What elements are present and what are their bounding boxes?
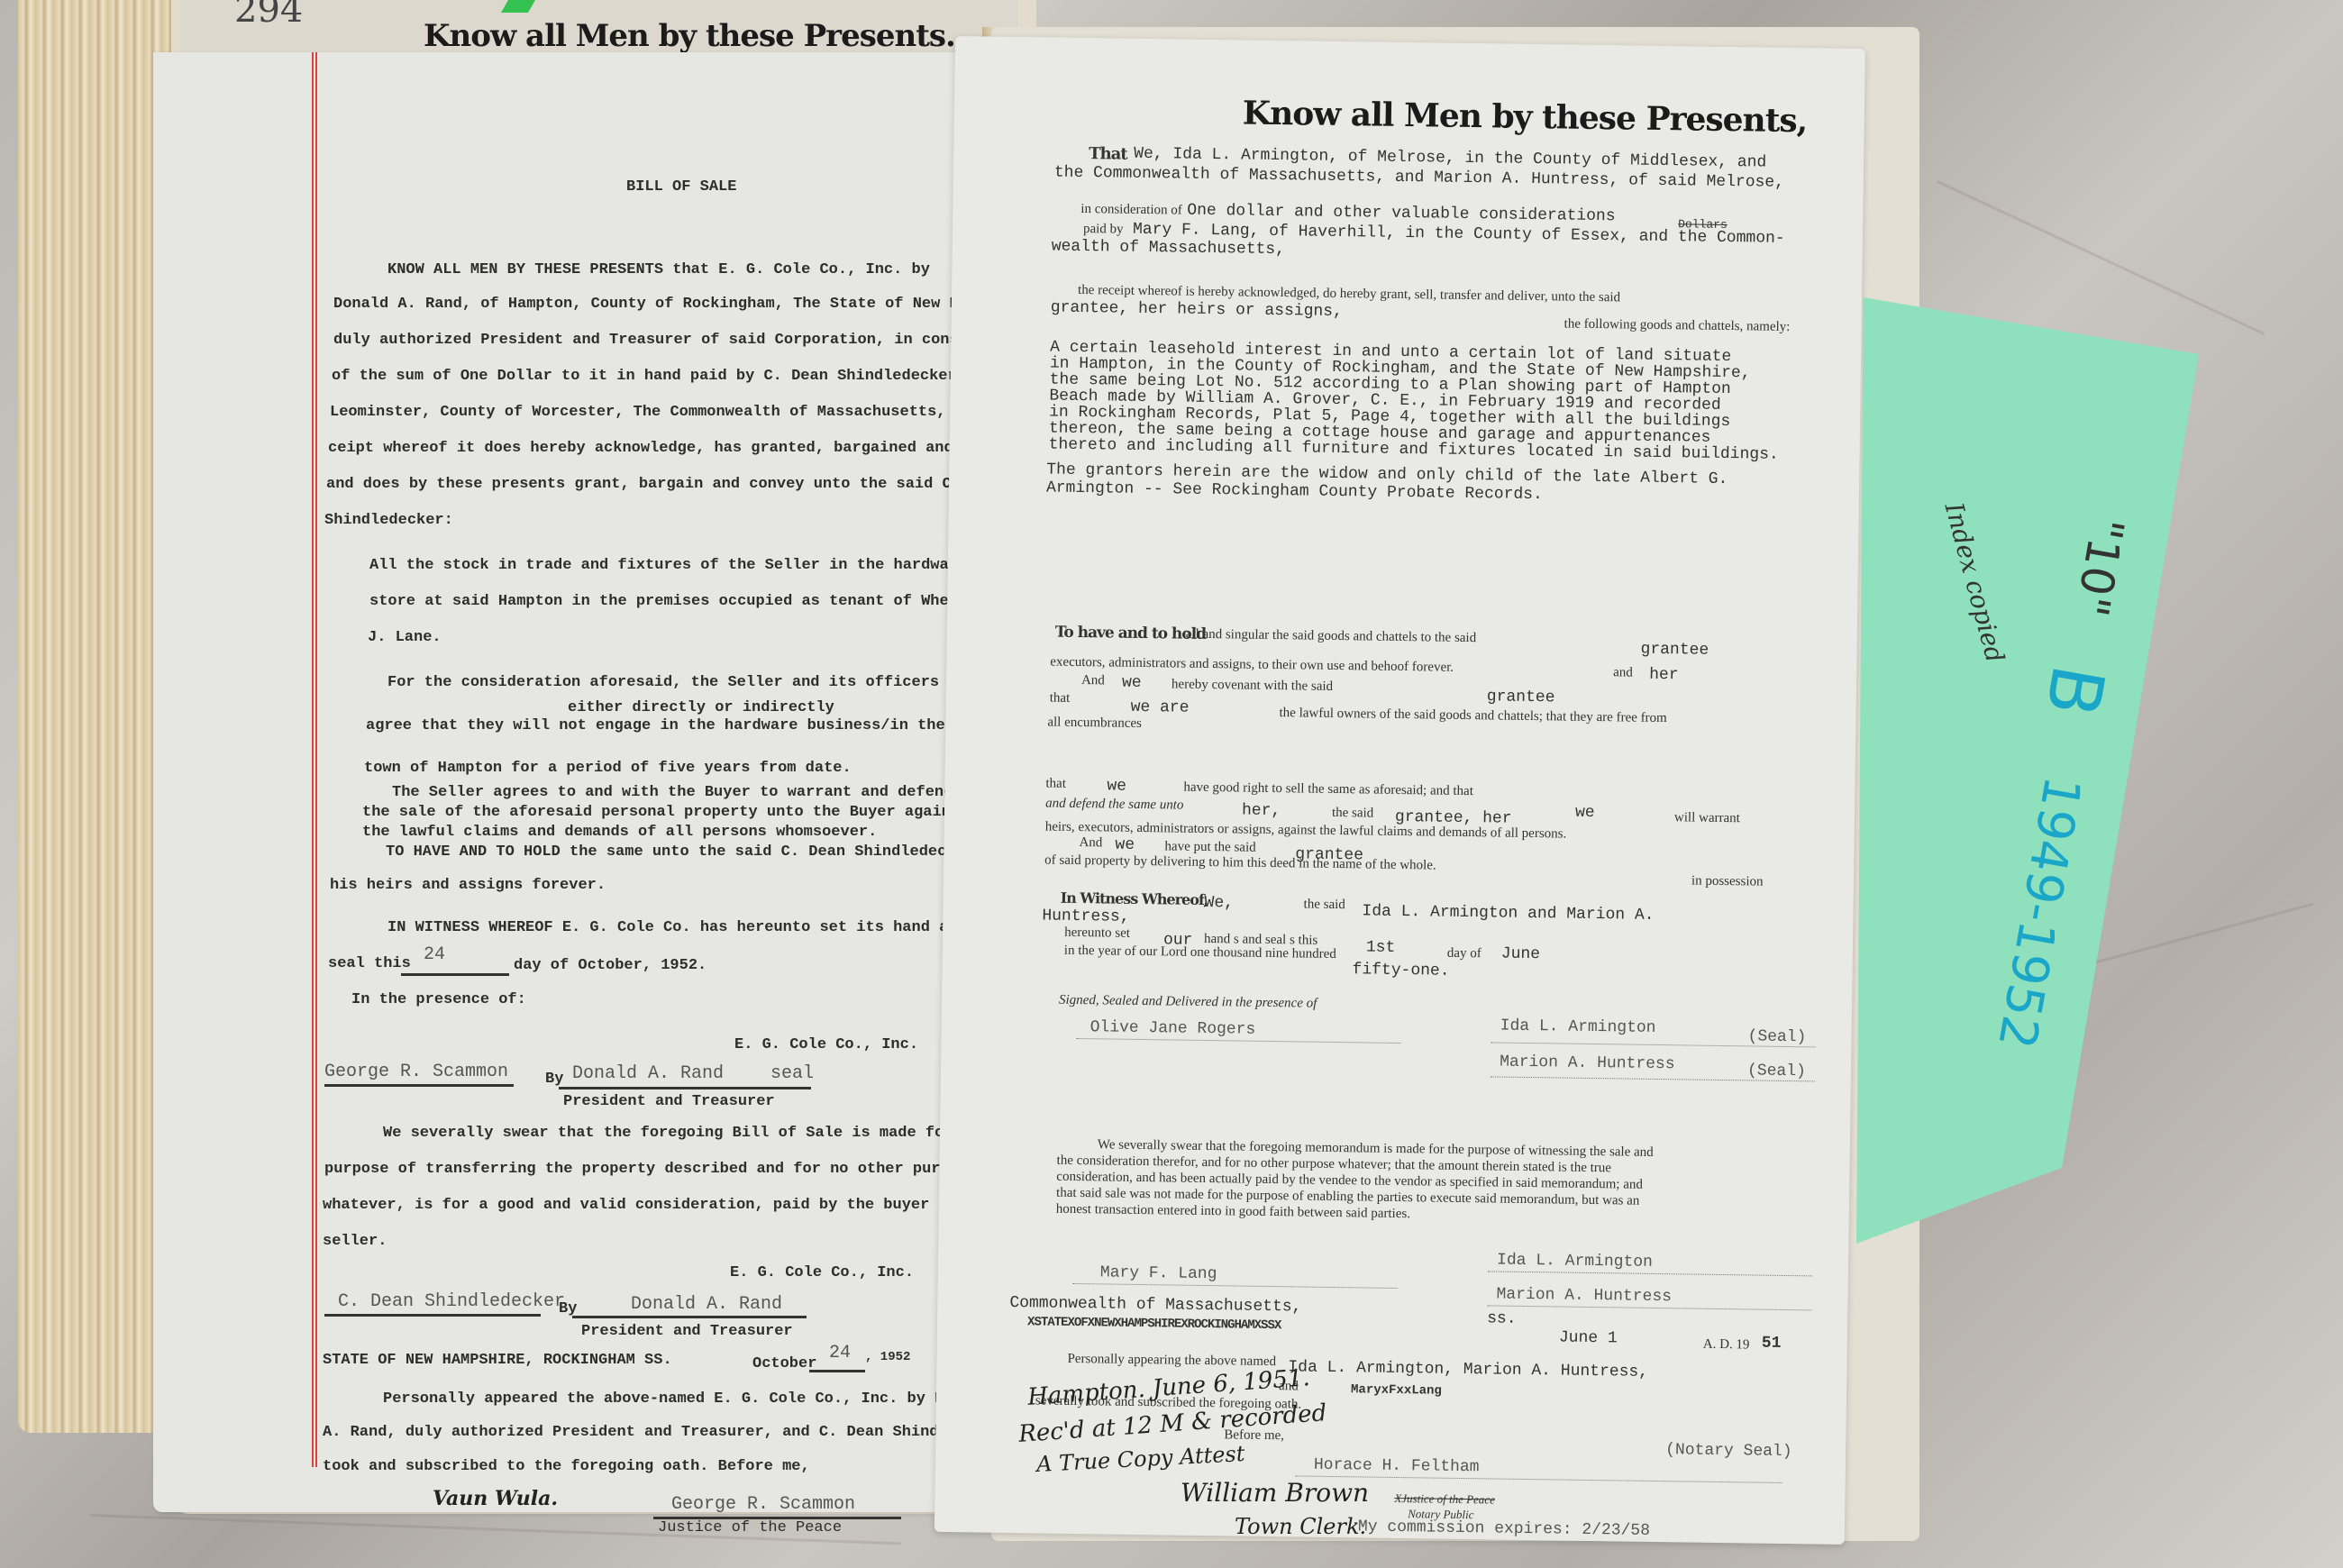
vendor-line	[1487, 1305, 1811, 1310]
signer-signature-line-2	[572, 1316, 807, 1318]
bos-line: duly authorized President and Treasurer …	[333, 332, 1042, 350]
vendor-signature: Ida L. Armington	[1497, 1252, 1653, 1272]
signer-signature: Donald A. Rand	[572, 1063, 724, 1085]
covenant-line: town of Hampton for a period of five yea…	[364, 760, 852, 778]
seal-label: (Seal)	[1747, 1062, 1806, 1080]
ack-venue: STATE OF NEW HAMPSHIRE, ROCKINGHAM SS.	[323, 1352, 672, 1370]
habendum-line: have good right to sell the same as afor…	[1183, 780, 1473, 799]
fill-grantee: grantee	[1487, 688, 1555, 707]
grantor-signature: Marion A. Huntress	[1500, 1053, 1675, 1074]
bos-line: of the sum of One Dollar to it in hand p…	[332, 368, 994, 386]
witness-line	[1076, 1038, 1400, 1044]
habendum-line: have put the said	[1164, 839, 1255, 855]
seal-this-label: seal this	[328, 955, 411, 973]
signer-signature-line	[559, 1087, 811, 1089]
bos-line: KNOW ALL MEN BY THESE PRESENTS that E. G…	[387, 261, 930, 279]
buyer-signature: C. Dean Shindledecker	[338, 1291, 565, 1313]
testimonium-said: the said	[1303, 897, 1345, 913]
testimonium-names: Ida L. Armington and Marion A.	[1362, 902, 1654, 925]
goods-line: All the stock in trade and fixtures of t…	[369, 557, 967, 575]
note-quote-mark: "10"	[2065, 514, 2134, 620]
habendum-and-label: And	[1079, 835, 1102, 851]
signer-title-2: President and Treasurer	[581, 1323, 793, 1341]
witness-signature: Olive Jane Rogers	[1090, 1018, 1256, 1039]
that-label: That	[1089, 144, 1127, 164]
fill-we: we	[1122, 674, 1142, 692]
green-tab-marker	[501, 0, 535, 13]
fill-month: June	[1501, 945, 1540, 964]
year-label: in the year of our Lord one thousand nin…	[1064, 944, 1336, 962]
notary-seal-label: (Notary Seal)	[1665, 1441, 1792, 1461]
ack-day-line	[809, 1370, 865, 1372]
vendor-signature: Marion A. Huntress	[1496, 1286, 1672, 1307]
habendum-line: of said property by delivering to him th…	[1044, 852, 1436, 873]
company-name-2: E. G. Cole Co., Inc.	[730, 1264, 914, 1282]
covenant-line: the lawful claims and demands of all per…	[362, 824, 877, 842]
ledger-left-header-strip: 294 Know all Men by these Presents.	[180, 0, 1018, 54]
habendum-line: all and singular the said goods and chat…	[1186, 627, 1477, 647]
buyer-signature-line	[324, 1314, 541, 1317]
justice-signature: George R. Scammon	[671, 1494, 855, 1516]
seal-label: (Seal)	[1747, 1027, 1806, 1046]
fill-grantee: grantee	[1640, 641, 1709, 660]
bill-of-sale-form-page: Know all Men by these Presents, That We,…	[934, 36, 1865, 1545]
struck-venue: XSTATEXOFXNEWXHAMPSHIREXROCKINGHAMXSSX	[1027, 1315, 1281, 1333]
ack-line: took and subscribed to the foregoing oat…	[323, 1458, 810, 1476]
covenant-line: his heirs and assigns forever.	[330, 877, 606, 895]
testimonium-names-2: Huntress,	[1042, 907, 1129, 925]
jurat-date: June 1	[1559, 1328, 1618, 1347]
vendee-signature: Mary F. Lang	[1100, 1263, 1217, 1283]
struck-name: MaryxFxxLang	[1351, 1382, 1442, 1398]
right-gothic-header: Know all Men by these Presents,	[1243, 94, 1808, 140]
justice-title: Justice of the Peace	[658, 1519, 842, 1537]
bos-line: Donald A. Rand, of Hampton, County of Ro…	[333, 296, 1042, 314]
habendum-line: executors, administrators and assigns, t…	[1050, 655, 1454, 676]
red-margin-line	[312, 52, 317, 1467]
note-letter: B	[2029, 659, 2120, 722]
ack-line: A. Rand, duly authorized President and T…	[323, 1424, 1012, 1442]
company-name: E. G. Cole Co., Inc.	[734, 1036, 918, 1054]
ack-line: Personally appeared the above-named E. G…	[383, 1390, 989, 1408]
covenant-line: the sale of the aforesaid personal prope…	[362, 804, 969, 822]
fill-day: 1st	[1366, 938, 1396, 956]
covenant-line: The Seller agrees to and with the Buyer …	[392, 784, 953, 802]
witness-line: IN WITNESS WHEREOF E. G. Cole Co. has he…	[387, 919, 967, 937]
notary-signature: Horace H. Feltham	[1314, 1456, 1480, 1477]
fill-we-are: we are	[1130, 698, 1189, 717]
day-of-label: day of	[1447, 946, 1481, 962]
fill-her: her,	[1242, 802, 1281, 821]
bill-of-sale-title: BILL OF SALE	[626, 178, 736, 196]
jurat-year: 51	[1762, 1335, 1782, 1353]
habendum-line: all encumbrances	[1047, 716, 1142, 732]
ack-day: 24	[829, 1343, 851, 1364]
clerk-title: Town Clerk.	[1235, 1514, 1366, 1539]
witness-signature-line	[324, 1084, 514, 1087]
ad-label: A. D. 19	[1703, 1337, 1750, 1354]
bos-line: ceipt whereof it does hereby acknowledge…	[328, 440, 999, 458]
note-years: 1949-1952	[1986, 772, 2092, 1053]
bill-of-sale-page: BILL OF SALE KNOW ALL MEN BY THESE PRESE…	[153, 52, 982, 1512]
goods-line: store at said Hampton in the premises oc…	[369, 593, 986, 611]
vendee-line	[1073, 1283, 1398, 1289]
ack-year: , 1952	[865, 1350, 910, 1365]
bos-line: Leominster, County of Worcester, The Com…	[330, 404, 1019, 422]
jurat-ss: ss.	[1487, 1309, 1517, 1327]
fill-we: we	[1575, 804, 1595, 822]
habendum-and-label: And	[1081, 673, 1105, 688]
handwritten-initials: Vaun Wula.	[433, 1487, 558, 1510]
sticky-note: "10" B 1949-1952 Index copied	[1856, 297, 2199, 1244]
note-index-copied: Index copied	[1939, 499, 2010, 666]
appearing-names: Ida L. Armington, Marion A. Huntress,	[1288, 1358, 1648, 1381]
commission-expires: My commission expires: 2/23/58	[1358, 1518, 1650, 1540]
consideration-label: in consideration of	[1080, 202, 1182, 219]
jurat-venue: Commonwealth of Massachusetts,	[1009, 1294, 1301, 1317]
seal-day-value: 24	[424, 944, 445, 966]
seal-mark: seal	[770, 1063, 814, 1085]
oath-line: whatever, is for a good and valid consid…	[323, 1197, 994, 1215]
grantee-line: wealth of Massachusetts,	[1052, 238, 1286, 260]
page-number-left: 294	[234, 0, 303, 31]
oath-line: We severally swear that the foregoing Bi…	[383, 1125, 989, 1143]
covenant-line: For the consideration aforesaid, the Sel…	[387, 674, 939, 692]
vendor-line	[1488, 1271, 1812, 1276]
hereunto-label: hereunto set	[1064, 925, 1130, 942]
date-suffix: day of October, 1952.	[514, 957, 707, 975]
habendum-and: and	[1613, 665, 1633, 680]
oath-line: seller.	[323, 1233, 387, 1251]
grantor-signature: Ida L. Armington	[1500, 1017, 1656, 1037]
habendum-that: that	[1050, 691, 1071, 707]
signer-title: President and Treasurer	[563, 1093, 775, 1111]
fill-year: fifty-one.	[1352, 961, 1449, 980]
signer-signature-2: Donald A. Rand	[631, 1294, 782, 1316]
presence-label: In the presence of:	[351, 991, 526, 1009]
oath-line: purpose of transferring the property des…	[324, 1161, 977, 1179]
appearing-label: Personally appearing the above named	[1067, 1352, 1276, 1370]
witness-signature: George R. Scammon	[324, 1062, 508, 1083]
testimonium-heading: In Witness Whereof,	[1061, 889, 1208, 908]
covenant-line: TO HAVE AND TO HOLD the same unto the sa…	[386, 843, 974, 861]
struck-title: XJustice of the Peace	[1394, 1491, 1495, 1508]
covenant-insert: either directly or indirectly	[568, 699, 834, 717]
clerk-signature: William Brown	[1181, 1478, 1369, 1508]
covenant-line: agree that they will not engage in the h…	[366, 717, 945, 735]
will-warrant: will warrant	[1674, 810, 1740, 826]
habendum-line: the lawful owners of the said goods and …	[1279, 706, 1666, 726]
bos-line: and does by these presents grant, bargai…	[326, 476, 1007, 494]
grantee-heirs: grantee, her heirs or assigns,	[1051, 299, 1343, 322]
habendum-heading: To have and to hold	[1055, 624, 1207, 643]
habendum-line: and defend the same unto	[1045, 796, 1184, 813]
ack-month: October	[752, 1355, 816, 1373]
goods-line: J. Lane.	[368, 629, 442, 647]
fill-we: we	[1115, 836, 1135, 854]
habendum-possession: in possession	[1691, 873, 1764, 889]
day-signature-line	[401, 973, 509, 976]
bos-line: Shindledecker:	[324, 512, 453, 530]
testimonium-we: We,	[1204, 894, 1234, 912]
habendum-that: that	[1045, 776, 1066, 791]
habendum-line: hereby covenant with the said	[1171, 677, 1333, 694]
marble-vein	[1937, 180, 2265, 335]
fill-her: her	[1649, 666, 1679, 684]
habendum-said: the said	[1332, 806, 1373, 822]
left-gothic-header: Know all Men by these Presents.	[424, 18, 955, 54]
paid-by-label: paid by	[1083, 222, 1124, 238]
signed-sealed-label: Signed, Sealed and Delivered in the pres…	[1059, 993, 1317, 1012]
fill-we: we	[1107, 777, 1126, 795]
following-goods-label: the following goods and chattels, namely…	[1564, 316, 1790, 334]
